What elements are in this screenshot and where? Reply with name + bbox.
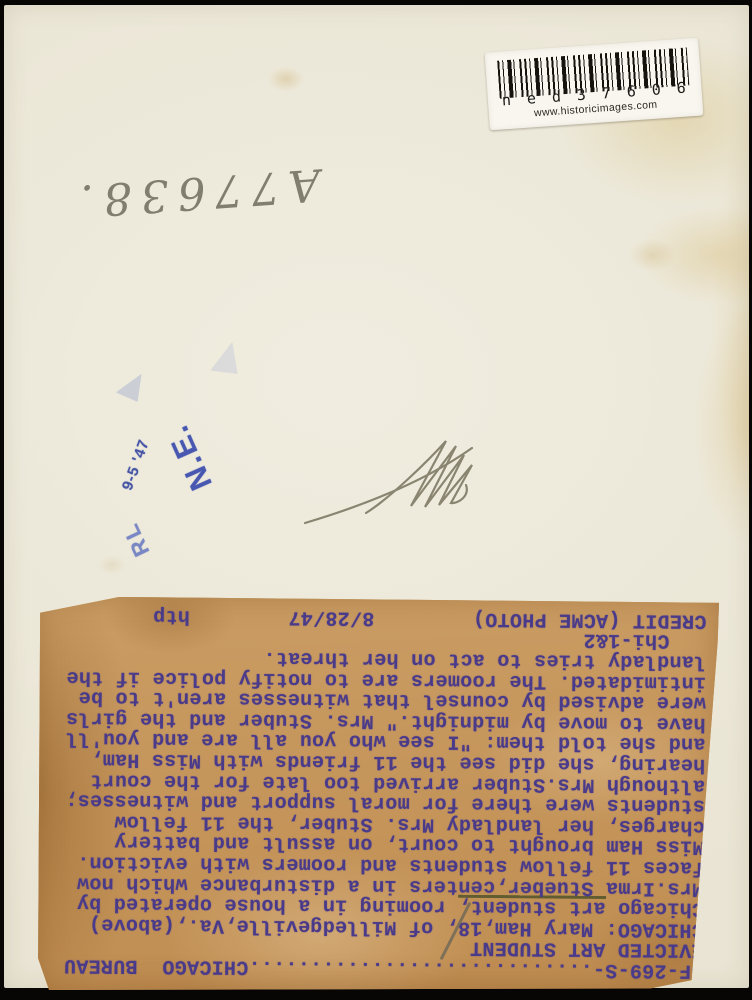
date-stamp: 9-5 '47	[119, 400, 169, 493]
rl-stamp: RL	[105, 492, 156, 561]
photo-back-paper: ned37606 www.historicimages.com A77638. …	[4, 5, 749, 988]
pencil-signature	[300, 403, 510, 535]
ink-smudge	[207, 337, 246, 379]
scanned-photo-back: { "photo_back": { "barcode_label": { "di…	[0, 0, 752, 1000]
archive-number-handwritten: A77638.	[53, 133, 339, 252]
caption-slip: CF-269-S-............................CHI…	[34, 595, 719, 990]
caption-text: CF-269-S-............................CHI…	[32, 592, 720, 993]
barcode-label: ned37606 www.historicimages.com	[485, 38, 704, 131]
